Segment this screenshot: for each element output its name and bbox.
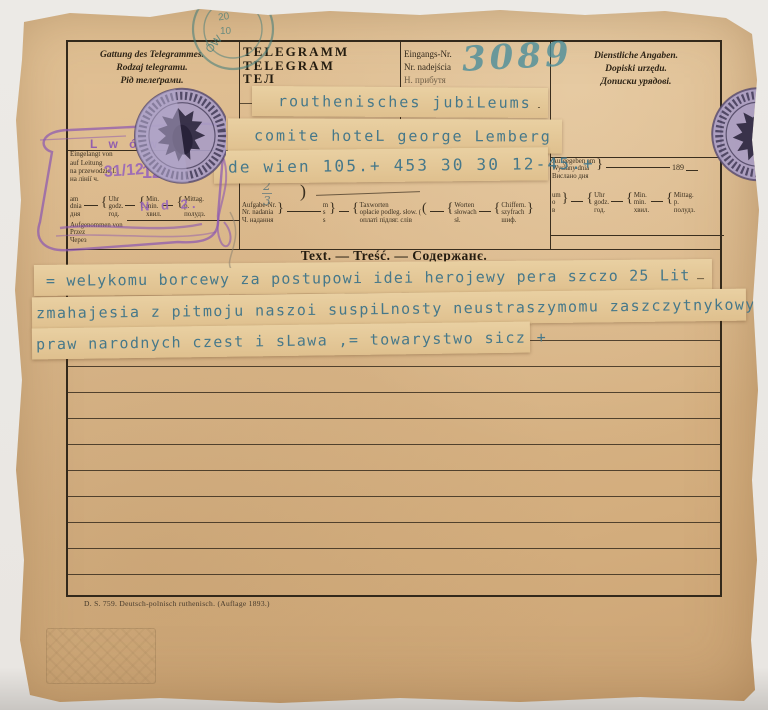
official-label-uk: Дописки урядові. [556,76,716,89]
line-sent-box-bottom [550,235,724,236]
fill-in-line [611,201,623,202]
message-line-1: = weLykomu borcewy za postupowi idei her… [46,266,691,290]
fill-in-line [686,170,698,171]
ruled-line [68,470,720,471]
ruled-line [68,366,720,367]
entry-label-de: Eingangs-Nr. [404,48,452,61]
charge-cipher-labels: Chiffern. szyfrach шиф. [501,202,526,224]
charge-words-labels: Worten słowach sł. [454,202,476,224]
charge-tax-labels: Taxworten opłacie podleg. słow. ( оплаті… [360,202,421,224]
brace: } [562,192,569,206]
ruled-line [68,418,720,419]
ruled-line [68,522,720,523]
brace: { [447,202,454,216]
address-line-1: routhenisches jubiLeums [278,92,532,112]
brace: { [626,192,633,206]
postmark-month: 10 [220,26,232,37]
entry-number-labels: Eingangs-Nr. Nr. nadejścia Н. прибутя [404,48,452,87]
sent-mittag-labels: Mittag. p. полудз. [674,192,695,214]
postmark-day: 20 [217,11,230,24]
left-seal [130,82,226,194]
message-line-2: zmahajesia z pitmoju naszoi suspiLnosty … [36,296,756,323]
faint-embossed-stamp [46,628,156,684]
sent-time-row: um o в } { Uhr godz. год. { Min. min. хв… [552,192,718,214]
postmark: G 20 10 ÓW [190,0,276,72]
form-imprint: D. S. 759. Deutsch-polnisch ruthenisch. … [84,600,270,608]
fill-in-line [571,201,583,202]
official-notes-labels: Dienstliche Angaben. Dopiski urzędu. Доп… [556,50,716,88]
official-label-de: Dienstliche Angaben. [556,50,716,63]
telegram-strip-address-1: routhenisches jubiLeums [252,86,548,118]
fill-in-line [606,167,670,168]
handstamp-scribble-1 [60,224,202,228]
ruled-line [68,548,720,549]
fill-in-line [339,211,349,212]
ruled-line [68,496,720,497]
ruled-line [68,392,720,393]
brace: } [596,158,603,172]
sent-min-labels: Min. min. хвил. [634,192,649,214]
paren: ( [422,202,427,216]
brace: { [586,192,593,206]
title-uk: ТЕЛ [243,72,349,86]
brace: { [352,202,359,216]
handstamp-scribble-2 [56,232,216,237]
official-label-pl: Dopiski urzędu. [556,63,716,76]
sent-uhr-labels: Uhr godz. год. [594,192,609,214]
postmark-letter-g: G [246,0,258,7]
fill-in-line [651,201,663,202]
message-line-3: praw narodnych czest i sLawa ,= towaryst… [36,328,547,353]
telegram-paper: Gattung des Telegrammes. Rodzaj telegram… [0,0,768,710]
brace: { [666,192,673,206]
fill-in-line [479,211,491,212]
sent-um-labels: um o в [552,192,561,214]
brace: } [527,202,534,216]
right-seal [698,86,768,190]
entry-label-pl: Nr. nadejścia [404,61,452,74]
underscore-line [538,96,540,107]
scanned-telegram-document: Gattung des Telegrammes. Rodzaj telegram… [0,0,768,710]
brace: { [494,202,501,216]
fill-in-line [430,211,444,212]
ruled-line [68,574,720,575]
underscore-line [696,268,704,279]
handstamp-code: N d 2. [140,196,200,214]
year-prefix: 189 [672,164,684,172]
ruled-line [68,444,720,445]
entry-label-uk: Н. прибутя [404,74,452,87]
